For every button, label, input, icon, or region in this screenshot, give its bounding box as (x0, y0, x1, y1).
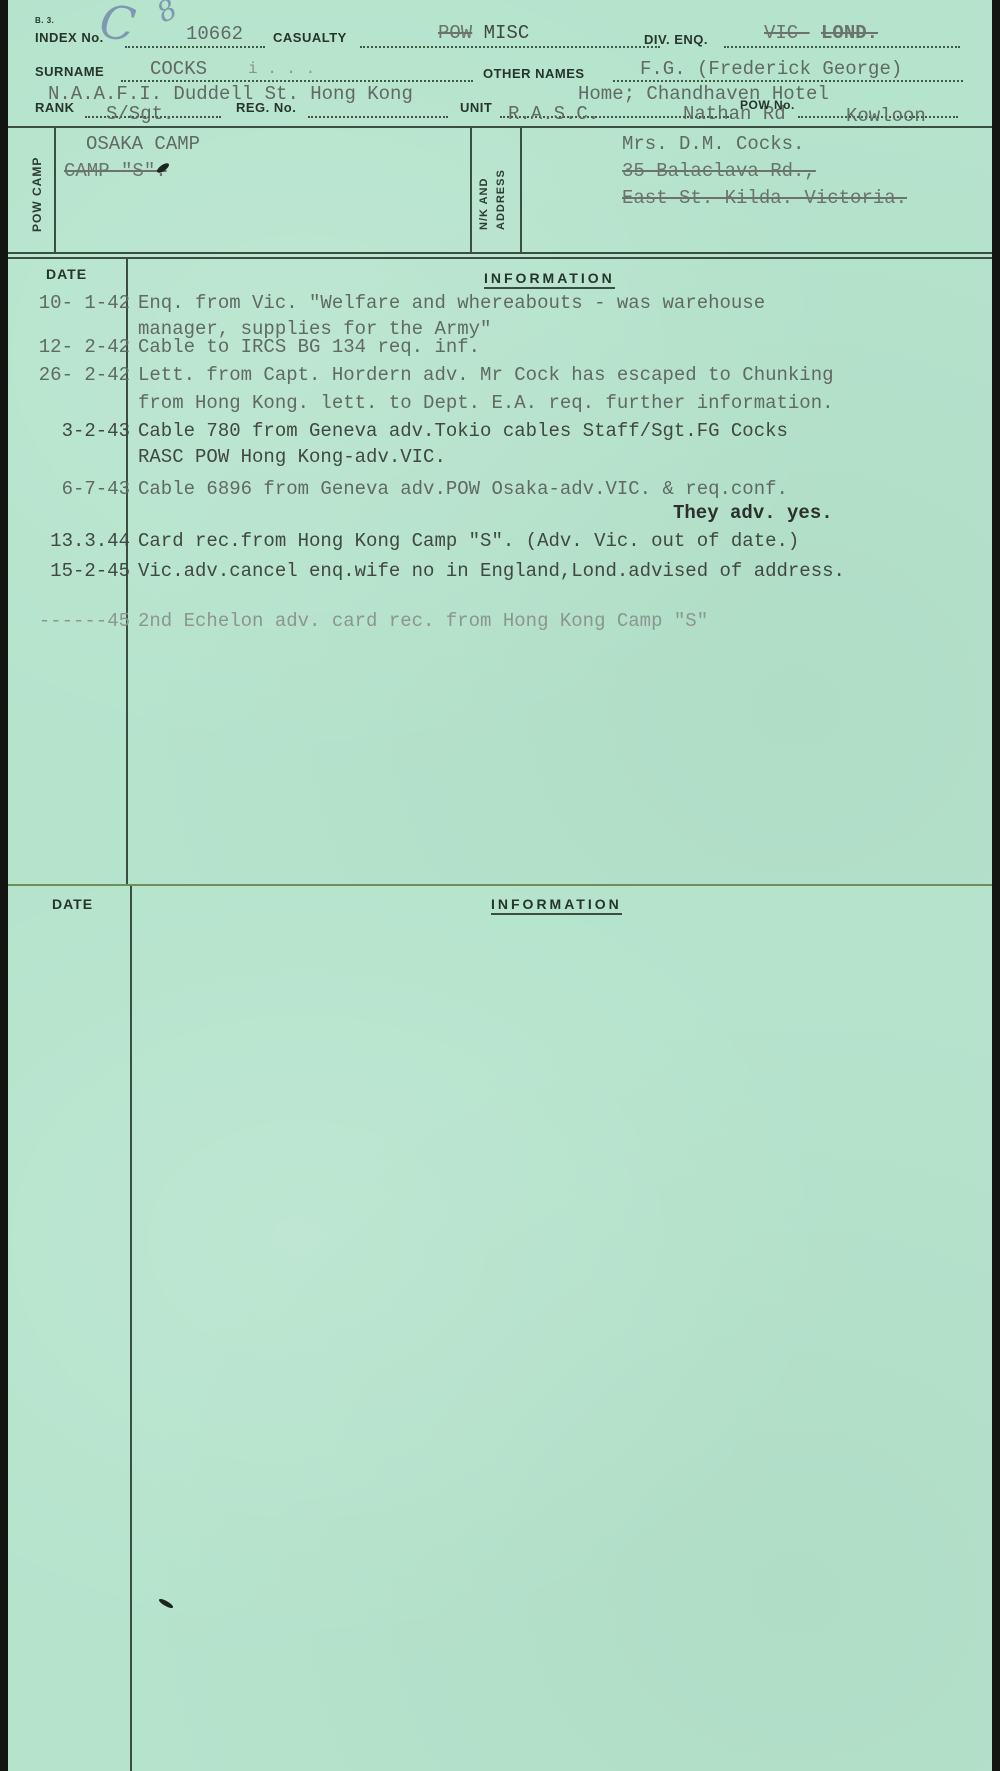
form-code: B. 3. (35, 16, 54, 25)
unit-label: UNIT (460, 100, 492, 115)
entry-text-line: Cable 6896 from Geneva adv.POW Osaka-adv… (138, 478, 788, 500)
reg-no-label: REG. No. (236, 100, 296, 115)
casualty-struck-value: POW (438, 22, 472, 44)
div-enq-struck-value: VIC- (764, 22, 810, 44)
nk-struck-line-2: East St. Kilda. Victoria. (622, 187, 907, 209)
casualty-dots (360, 46, 660, 48)
card-back: DATE INFORMATION (8, 886, 992, 1771)
reverse-date-column-divider (130, 886, 132, 1771)
box-bottom-rule (8, 252, 992, 254)
pow-camp-struck-line: CAMP-"S". (64, 160, 167, 182)
address-line-left: N.A.A.F.I. Duddell St. Hong Kong (48, 83, 413, 105)
information-header: INFORMATION (484, 270, 615, 289)
card-front: C 8 B. 3. INDEX No. 10662 CASUALTY POW M… (8, 0, 992, 886)
entry-text-line: Enq. from Vic. "Welfare and whereabouts … (138, 292, 765, 314)
surname-dots (121, 80, 473, 82)
entry-date: 10- 1-42 (12, 292, 130, 314)
pow-camp-divider (54, 126, 56, 252)
rank-value: S/Sgt. (106, 103, 174, 125)
nk-right-divider (520, 126, 522, 252)
entry-text-line: Lett. from Capt. Hordern adv. Mr Cock ha… (138, 364, 834, 386)
other-names-label: OTHER NAMES (483, 66, 585, 81)
reverse-date-header: DATE (52, 896, 93, 912)
other-names-dots (613, 80, 963, 82)
div-enq-value: VIC- LOND. (764, 22, 878, 44)
index-no-value: 10662 (186, 23, 243, 45)
pow-camp-line: OSAKA CAMP (86, 133, 200, 155)
rank-label: RANK (35, 100, 75, 115)
entry-text-line: Card rec.from Hong Kong Camp "S". (Adv. … (138, 530, 799, 552)
entry-note: They adv. yes. (673, 502, 833, 524)
box-top-rule (8, 126, 992, 128)
reg-no-dots (308, 116, 448, 118)
index-no-label: INDEX No. (35, 30, 104, 45)
box-bottom-rule-double (8, 257, 992, 259)
other-names-value: F.G. (Frederick George) (640, 58, 902, 80)
div-enq-current-value: LOND. (821, 22, 878, 44)
entry-date: 15-2-45 (12, 560, 130, 582)
entry-text-line: RASC POW Hong Kong-adv.VIC. (138, 446, 446, 468)
div-enq-dots (724, 46, 960, 48)
index-no-dots (125, 46, 265, 48)
pencil-mark-scribble: 8 (151, 0, 182, 29)
entry-text-line: from Hong Kong. lett. to Dept. E.A. req.… (138, 392, 834, 414)
ink-mark (158, 1597, 174, 1609)
entry-date: 13.3.44 (12, 530, 130, 552)
reverse-information-header: INFORMATION (491, 896, 622, 915)
entry-text-line: Cable to IRCS BG 134 req. inf. (138, 336, 480, 358)
entry-date: ------45 (12, 610, 130, 632)
casualty-value: POW MISC (438, 22, 529, 44)
entry-date: 12- 2-42 (12, 336, 130, 358)
nk-left-divider (470, 126, 472, 252)
casualty-current-value: MISC (484, 22, 530, 44)
div-enq-label: DIV. ENQ. (644, 32, 708, 47)
casualty-label: CASUALTY (273, 30, 347, 45)
entry-text-line: Cable 780 from Geneva adv.Tokio cables S… (138, 420, 788, 442)
entry-date: 6-7-43 (12, 478, 130, 500)
surname-extra: i . . . (248, 60, 315, 78)
date-header: DATE (46, 266, 87, 282)
nk-line: Mrs. D.M. Cocks. (622, 133, 804, 155)
nk-label-line1: N/K AND (478, 178, 490, 230)
pow-camp-label: POW CAMP (30, 157, 44, 232)
entry-date: 3-2-43 (12, 420, 130, 442)
entry-text-line: Vic.adv.cancel enq.wife no in England,Lo… (138, 560, 845, 582)
surname-label: SURNAME (35, 64, 104, 79)
unit-value: R.A.S.C. (508, 103, 599, 125)
surname-value: COCKS (150, 58, 207, 80)
nk-struck-line-1: 35 Balaclava Rd., (622, 160, 816, 182)
pow-no-value: Kowloon (846, 105, 926, 127)
nk-label-line2: ADDRESS (495, 169, 507, 230)
pow-no-label: POW No. (740, 98, 795, 112)
entry-text-line: 2nd Echelon adv. card rec. from Hong Kon… (138, 610, 708, 632)
entry-date: 26- 2-42 (12, 364, 130, 386)
